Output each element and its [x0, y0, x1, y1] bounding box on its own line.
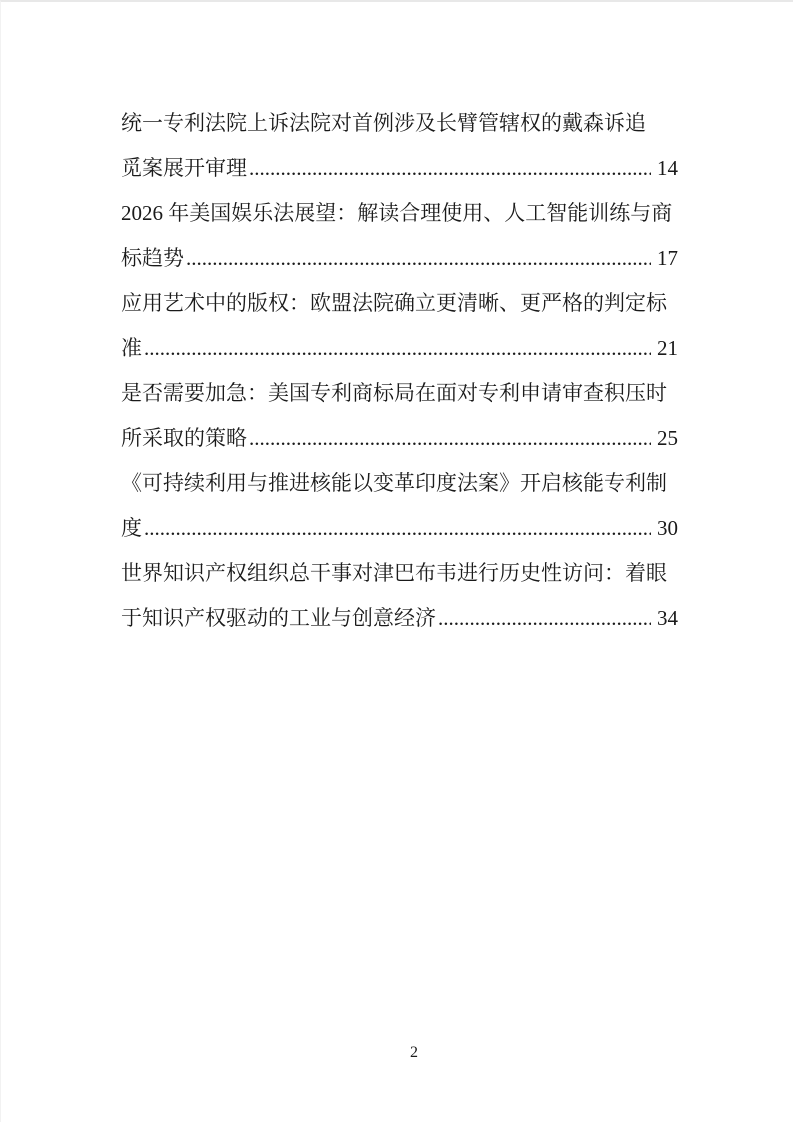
toc-entry-page-number: 34: [651, 596, 678, 641]
toc-entry[interactable]: 是否需要加急：美国专利商标局在面对专利申请审查积压时 所采取的策略 ......…: [121, 371, 678, 461]
toc-entry-page-number: 25: [651, 416, 678, 461]
toc-entry[interactable]: 统一专利法院上诉法院对首例涉及长臂管辖权的戴森诉追 觅案展开审理 .......…: [121, 101, 678, 191]
toc-entry-title-line1: 统一专利法院上诉法院对首例涉及长臂管辖权的戴森诉追: [121, 101, 678, 146]
toc-entry-page-number: 21: [651, 326, 678, 371]
dot-leader: ........................................…: [144, 326, 651, 371]
toc-entry-page-number: 14: [651, 146, 678, 191]
toc-entry-title-line1: 2026 年美国娱乐法展望：解读合理使用、人工智能训练与商: [121, 191, 678, 236]
toc-entry-title-line1: 是否需要加急：美国专利商标局在面对专利申请审查积压时: [121, 371, 678, 416]
table-of-contents: 统一专利法院上诉法院对首例涉及长臂管辖权的戴森诉追 觅案展开审理 .......…: [121, 101, 678, 641]
dot-leader: ........................................…: [249, 146, 651, 191]
toc-entry-title-line2: 所采取的策略: [121, 416, 247, 461]
document-page: 统一专利法院上诉法院对首例涉及长臂管辖权的戴森诉追 觅案展开审理 .......…: [0, 0, 793, 1122]
toc-entry[interactable]: 《可持续利用与推进核能以变革印度法案》开启核能专利制 度 ...........…: [121, 461, 678, 551]
toc-entry-title-line2: 准: [121, 326, 142, 371]
toc-entry-title-line1: 世界知识产权组织总干事对津巴布韦进行历史性访问：着眼: [121, 551, 678, 596]
dot-leader: ........................................…: [144, 506, 651, 551]
page-number-footer: 2: [410, 1042, 418, 1064]
toc-entry-title-line1: 应用艺术中的版权：欧盟法院确立更清晰、更严格的判定标: [121, 281, 678, 326]
toc-entry-title-line2: 觅案展开审理: [121, 146, 247, 191]
toc-entry[interactable]: 2026 年美国娱乐法展望：解读合理使用、人工智能训练与商 标趋势 ......…: [121, 191, 678, 281]
toc-entry-title-line1: 《可持续利用与推进核能以变革印度法案》开启核能专利制: [121, 461, 678, 506]
toc-entry[interactable]: 世界知识产权组织总干事对津巴布韦进行历史性访问：着眼 于知识产权驱动的工业与创意…: [121, 551, 678, 641]
toc-entry-title-line2: 于知识产权驱动的工业与创意经济: [121, 596, 436, 641]
toc-entry-title-line2: 标趋势: [121, 236, 184, 281]
toc-entry[interactable]: 应用艺术中的版权：欧盟法院确立更清晰、更严格的判定标 准 ...........…: [121, 281, 678, 371]
toc-entry-title-line2: 度: [121, 506, 142, 551]
dot-leader: ........................................…: [438, 596, 651, 641]
dot-leader: ........................................…: [186, 236, 651, 281]
toc-entry-page-number: 17: [651, 236, 678, 281]
dot-leader: ........................................…: [249, 416, 651, 461]
toc-entry-page-number: 30: [651, 506, 678, 551]
